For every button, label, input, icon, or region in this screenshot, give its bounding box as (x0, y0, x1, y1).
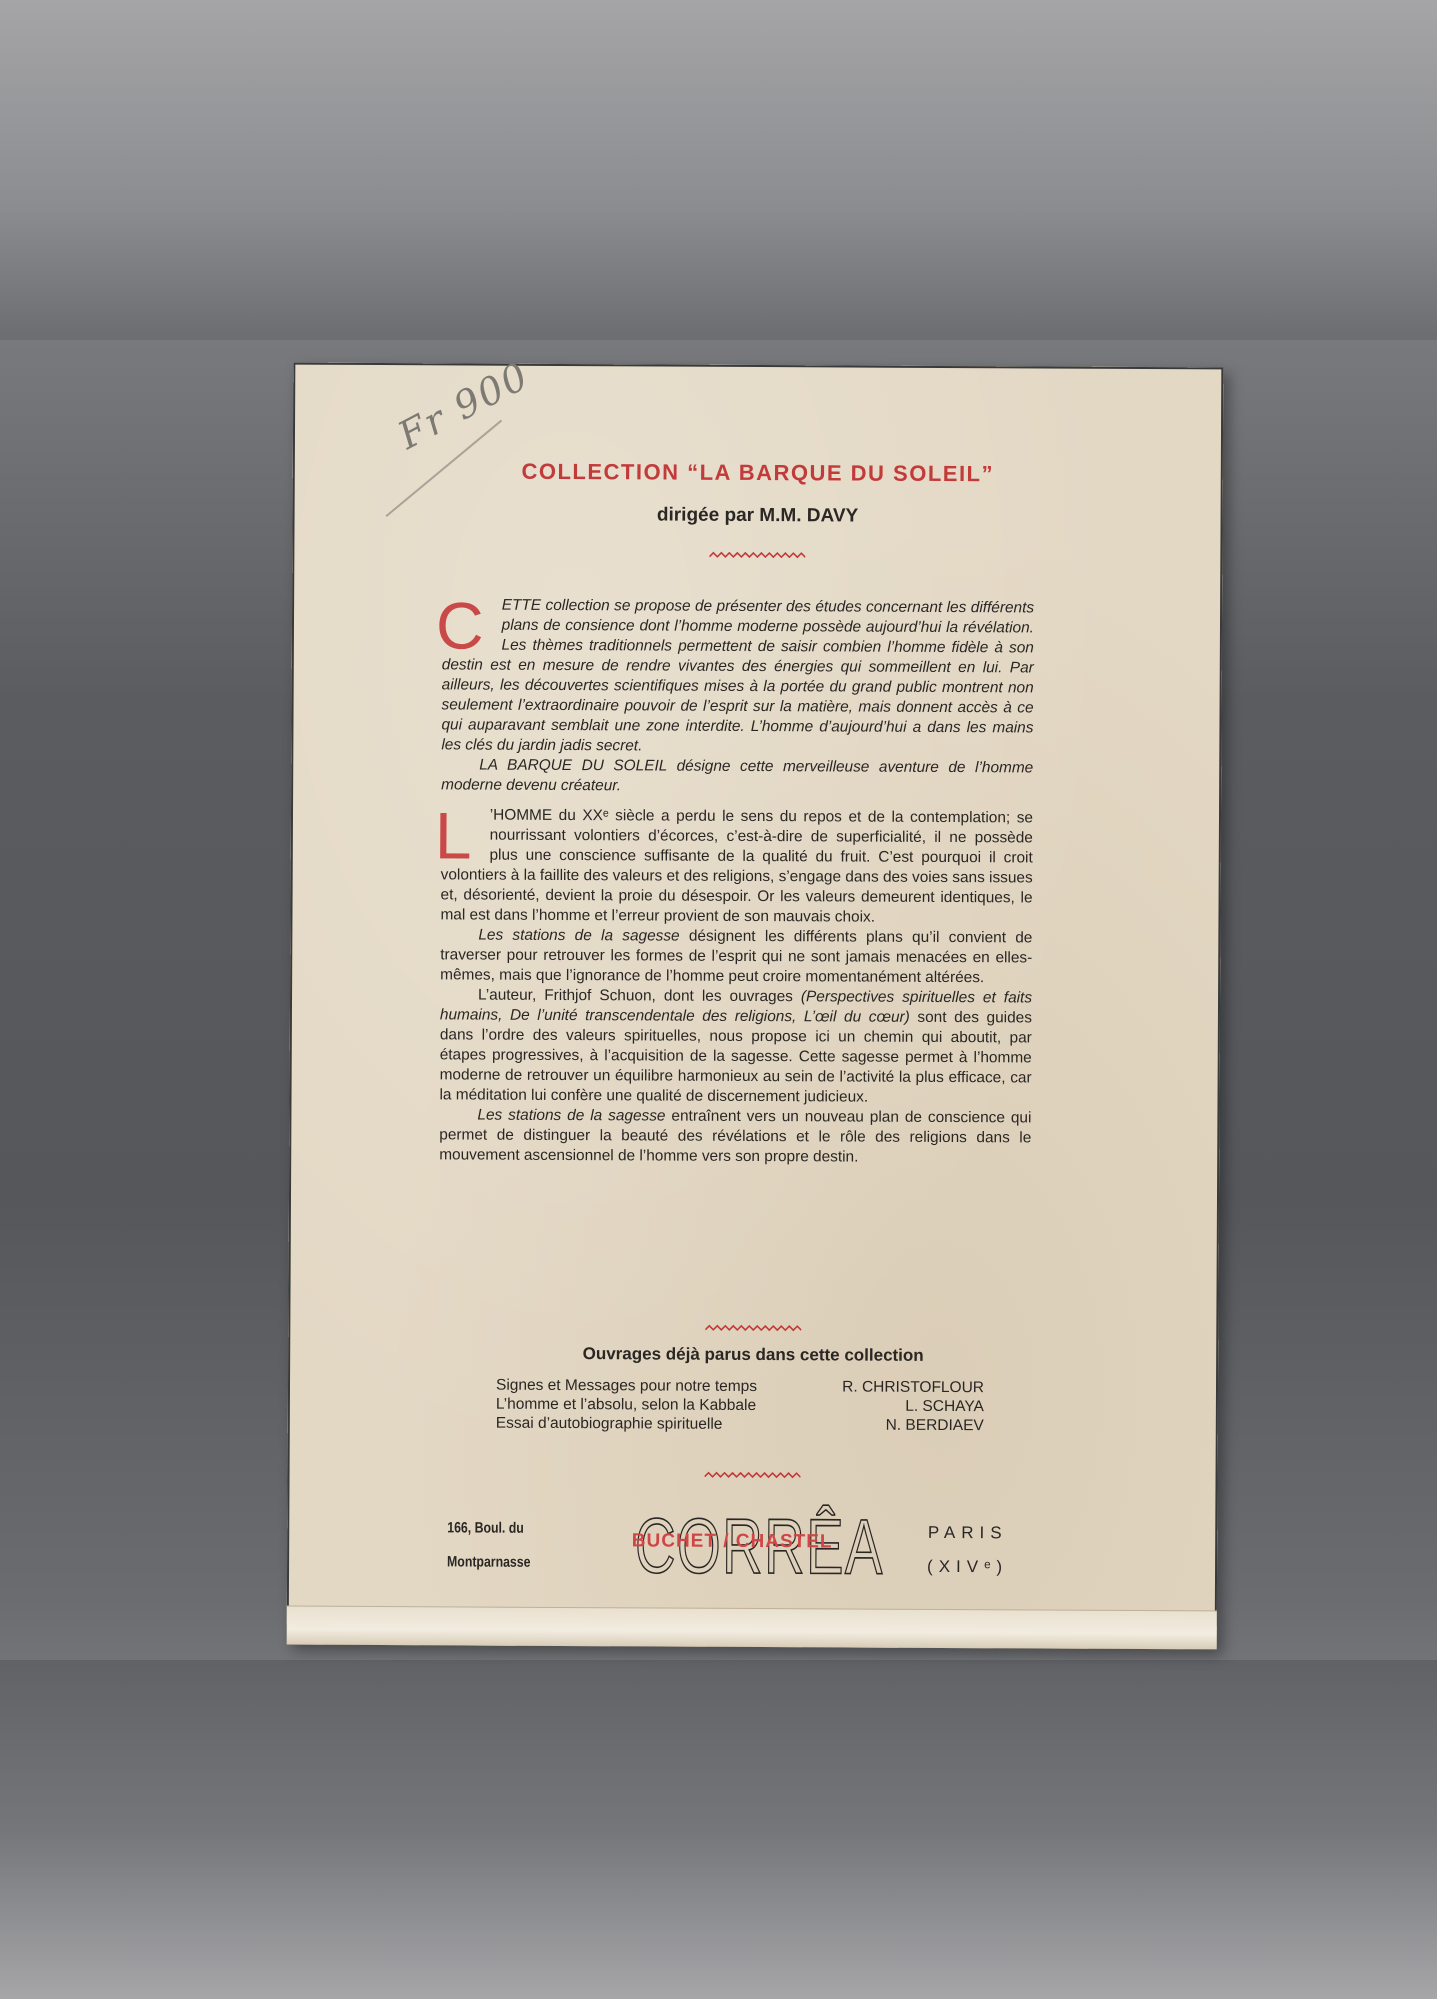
intro-text: ETTE collection se propose de présenter … (441, 597, 1034, 755)
wave-ornament-icon (705, 1470, 801, 1481)
book-title-inline: Les stations de la sagesse (477, 1107, 665, 1125)
publisher-address: 166, Boul. du Montparnasse (447, 1511, 531, 1579)
description-p1: ’HOMME du XXᵉ siècle a perdu le sens du … (440, 807, 1033, 926)
published-works-list: Signes et Messages pour notre tempsR. CH… (496, 1376, 984, 1436)
city-district: (XIVᵉ) (927, 1550, 1008, 1584)
wave-ornament-icon (705, 1323, 801, 1334)
work-author: L. SCHAYA (905, 1397, 984, 1416)
logo-buchet-chastel: BUCHET / CHASTEL (597, 1530, 867, 1553)
scanner-background-bottom (0, 1660, 1437, 1999)
description-p3-start: L’auteur, Frithjof Schuon, dont les ouvr… (478, 987, 801, 1006)
description-p2: Les stations de la sagesse désignent les… (440, 925, 1032, 988)
work-author: N. BERDIAEV (886, 1416, 984, 1436)
book-back-cover: Fr 900 COLLECTION “LA BARQUE DU SOLEIL” … (287, 363, 1224, 1650)
worn-bottom-edge (287, 1606, 1217, 1650)
work-title: Signes et Messages pour notre temps (496, 1376, 757, 1396)
list-item: Essai d’autobiographie spirituelleN. BER… (496, 1414, 984, 1436)
publisher-city: PARIS (XIVᵉ) (927, 1516, 1008, 1584)
collection-title: COLLECTION “LA BARQUE DU SOLEIL” (293, 458, 1223, 489)
scanner-background-top (0, 0, 1437, 340)
book-title-inline: Les stations de la sagesse (478, 927, 679, 945)
intro-paragraph: C ETTE collection se propose de présente… (441, 595, 1034, 798)
publisher-logo: CORRÊA BUCHET / CHASTEL (597, 1502, 867, 1593)
list-item: L’homme et l’absolu, selon la KabbaleL. … (496, 1395, 984, 1417)
collection-name-inline: LA BARQUE DU SOLEIL (479, 757, 667, 775)
work-title: Essai d’autobiographie spirituelle (496, 1414, 723, 1434)
intro-second-paragraph: LA BARQUE DU SOLEIL désigne cette mervei… (441, 755, 1033, 798)
city-name: PARIS (927, 1516, 1008, 1550)
published-works-title: Ouvrages déjà parus dans cette collectio… (288, 1343, 1218, 1368)
collection-director: dirigée par M.M. DAVY (293, 503, 1223, 530)
dropcap-c: C (436, 597, 484, 653)
handwritten-price: Fr 900 (391, 353, 536, 458)
address-line-2: Montparnasse (447, 1545, 531, 1579)
description-p4: Les stations de la sagesse entraînent ve… (439, 1105, 1031, 1168)
work-author: R. CHRISTOFLOUR (842, 1377, 984, 1397)
description-p3: L’auteur, Frithjof Schuon, dont les ouvr… (439, 985, 1032, 1108)
list-item: Signes et Messages pour notre tempsR. CH… (496, 1376, 984, 1398)
work-title: L’homme et l’absolu, selon la Kabbale (496, 1395, 756, 1415)
description-paragraphs: L ’HOMME du XXᵉ siècle a perdu le sens d… (439, 805, 1033, 1168)
address-line-1: 166, Boul. du (447, 1511, 531, 1545)
dropcap-l: L (435, 807, 472, 863)
wave-ornament-icon (709, 550, 805, 561)
